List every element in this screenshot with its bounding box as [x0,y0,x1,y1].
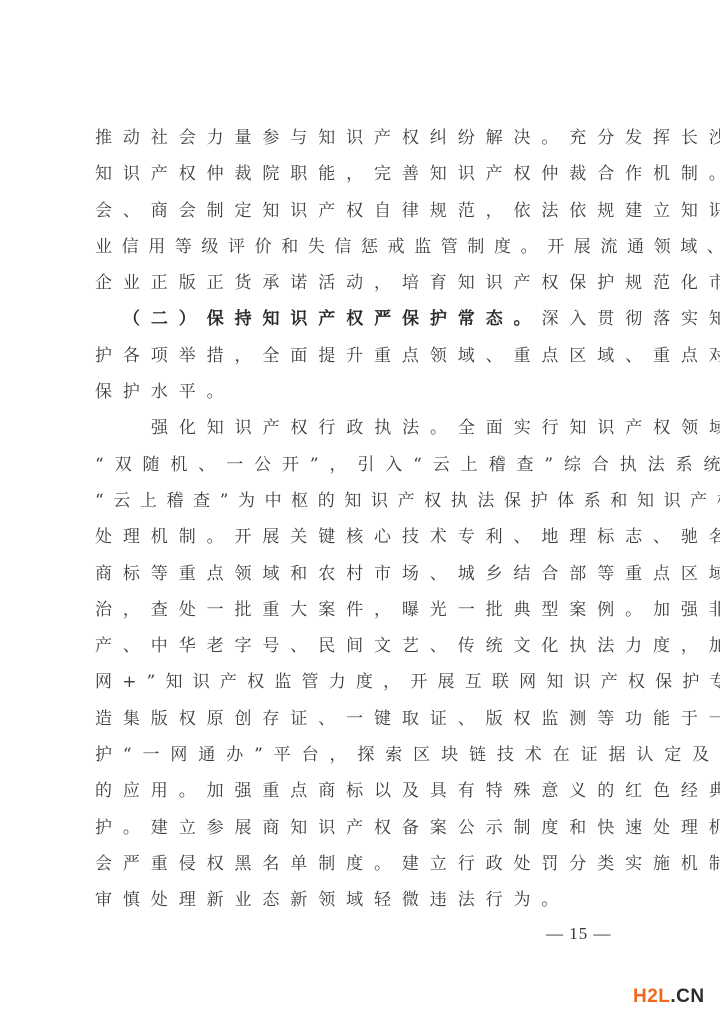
text-line: 深入贯彻落实知识产权严保 [542,309,720,329]
text-line: 处理机制。开展关键核心技术专利、地理标志、驰名商标、涉外 [95,519,635,555]
watermark-logo: H2L.CN [633,986,705,1008]
text-line: 造集版权原创存证、一键取证、版权监测等功能于一体的维权保 [95,701,635,737]
text-line: 护各项举措，全面提升重点领域、重点区域、重点对象知识产权 [95,338,635,374]
watermark-part1: H2L [633,986,670,1007]
text-line: 企业正版正货承诺活动，培育知识产权保护规范化市场。 [95,265,635,301]
paragraph-lead-line: 强化知识产权行政执法。全面实行知识产权领域执法检查 [95,410,635,446]
text-line: 推动社会力量参与知识产权纠纷解决。充分发挥长沙仲裁委员会 [95,120,635,156]
text-line: 业信用等级评价和失信惩戒监管制度。开展流通领域、行业协会、 [95,229,635,265]
document-page: 推动社会力量参与知识产权纠纷解决。充分发挥长沙仲裁委员会 知识产权仲裁院职能，完… [0,0,720,1018]
text-line: “云上稽查”为中枢的知识产权执法保护体系和知识产权纠纷网上 [95,483,635,519]
text-line: 产、中华老字号、民间文艺、传统文化执法力度，加大“互联 [95,628,635,664]
text-line: 商标等重点领域和农村市场、城乡结合部等重点区域专项执法整 [95,556,635,592]
text-line: 审慎处理新业态新领域轻微违法行为。 [95,882,635,918]
section-heading-line: （二）保持知识产权严保护常态。深入贯彻落实知识产权严保 [95,301,635,337]
watermark-part2: .CN [670,986,704,1007]
text-line: 会、商会制定知识产权自律规范，依法依规建立知识产权代理行 [95,193,635,229]
text-line: 护。建立参展商知识产权备案公示制度和快速处理机制，实行展 [95,810,635,846]
text-line: 治，查处一批重大案件，曝光一批典型案例。加强非物质文化遗 [95,592,635,628]
text-line: 护“一网通办”平台，探索区块链技术在证据认定及产品溯源中 [95,737,635,773]
text-line: 保护水平。 [95,374,635,410]
body-text: 推动社会力量参与知识产权纠纷解决。充分发挥长沙仲裁委员会 知识产权仲裁院职能，完… [95,120,635,919]
section-heading: （二）保持知识产权严保护常态。 [123,309,542,329]
text-line: 会严重侵权黑名单制度。建立行政处罚分类实施机制，依法依规 [95,846,635,882]
text-line: 网+”知识产权监管力度，开展互联网知识产权保护专项行动，打 [95,664,635,700]
page-number: — 15 — [546,924,612,944]
text-line: 的应用。加强重点商标以及具有特殊意义的红色经典品牌商标保 [95,773,635,809]
text-line: “双随机、一公开”，引入“云上稽查”综合执法系统，建立以 [95,447,635,483]
text-line: 知识产权仲裁院职能，完善知识产权仲裁合作机制。鼓励行业协 [95,156,635,192]
